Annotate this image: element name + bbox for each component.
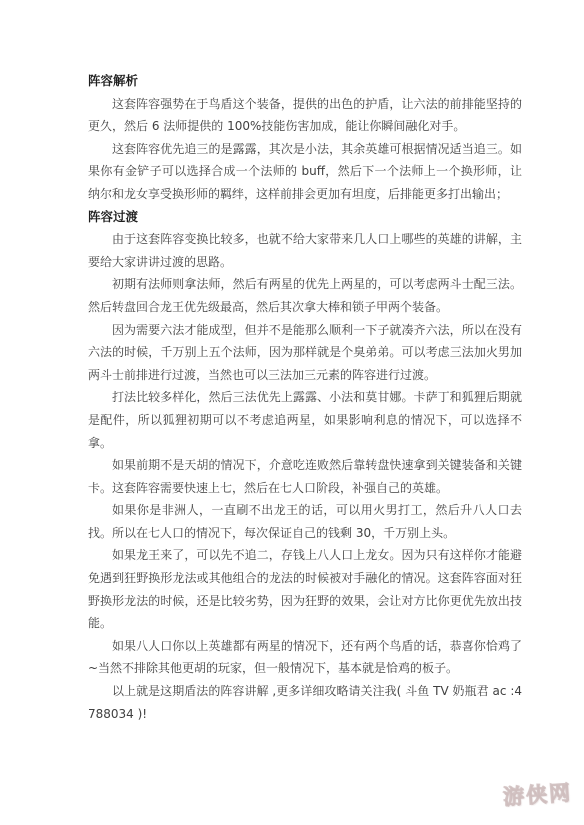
paragraph-outro: 以上就是这期盾法的阵容讲解 ,更多详细攻略请关注我( 斗鱼 TV 奶瓶君 ac … xyxy=(88,680,522,725)
paragraph: 这套阵容强势在于鸟盾这个装备，提供的出色的护盾，让六法的前排能坚持的更久，然后 … xyxy=(88,93,522,138)
paragraph: 因为需要六法才能成型，但并不是能那么顺利一下子就凑齐六法，所以在没有六法的时候，… xyxy=(88,319,522,387)
paragraph: 如果前期不是天胡的情况下，介意吃连败然后靠转盘快速拿到关键装备和关键卡。这套阵容… xyxy=(88,454,522,499)
document-page: 阵容解析 这套阵容强势在于鸟盾这个装备，提供的出色的护盾，让六法的前排能坚持的更… xyxy=(0,0,584,825)
section-heading-lineup-analysis: 阵容解析 xyxy=(88,70,522,93)
section-heading-lineup-transition: 阵容过渡 xyxy=(88,206,522,229)
article-body: 阵容解析 这套阵容强势在于鸟盾这个装备，提供的出色的护盾，让六法的前排能坚持的更… xyxy=(88,70,522,725)
paragraph: 由于这套阵容变换比较多，也就不给大家带来几人口上哪些的英雄的讲解，主要给大家讲讲… xyxy=(88,228,522,273)
paragraph: 初期有法师则拿法师，然后有两星的优先上两星的，可以考虑两斗士配三法。然后转盘回合… xyxy=(88,273,522,318)
site-watermark: 游侠网 xyxy=(502,777,573,812)
paragraph: 这套阵容优先追三的是露露，其次是小法，其余英雄可根据情况适当追三。如果你有金铲子… xyxy=(88,138,522,206)
paragraph: 打法比较多样化，然后三法优先上露露、小法和莫甘娜。卡萨丁和狐狸后期就是配件，所以… xyxy=(88,386,522,454)
paragraph: 如果八人口你以上英雄都有两星的情况下，还有两个鸟盾的话，恭喜你恰鸡了~当然不排除… xyxy=(88,635,522,680)
paragraph: 如果你是非洲人，一直刷不出龙王的话，可以用火男打工，然后升八人口去找。所以在七人… xyxy=(88,499,522,544)
paragraph: 如果龙王来了，可以先不追二，存钱上八人口上龙女。因为只有这样你才能避免遇到狂野换… xyxy=(88,544,522,634)
